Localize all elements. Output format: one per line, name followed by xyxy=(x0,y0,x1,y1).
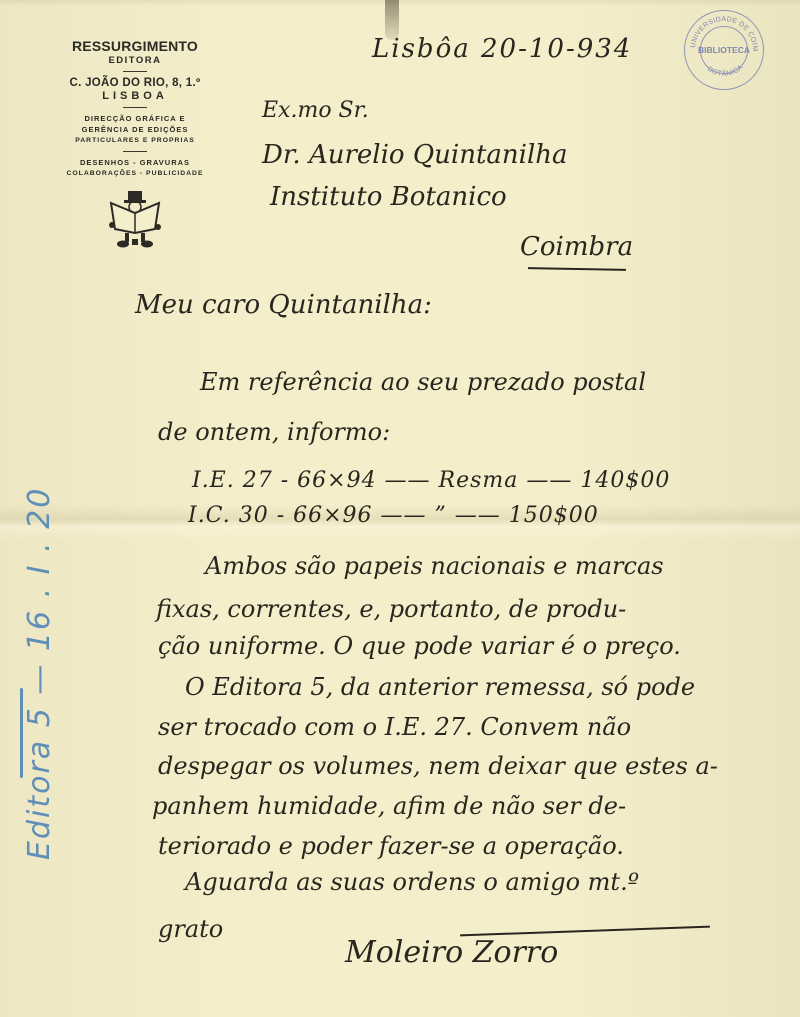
body-line: Ambos são papeis nacionais e marcas xyxy=(205,552,664,580)
body-line: ser trocado com o I.E. 27. Convem não xyxy=(158,713,631,741)
library-stamp: UNIVERSIDADE DE COIMBRA · BOTÂNICA · BIB… xyxy=(684,10,764,90)
service-line: DIRECÇÃO GRÁFICA E xyxy=(40,113,230,124)
man-reading-newspaper-icon xyxy=(105,189,165,249)
body-line: ção uniforme. O que pode variar é o preç… xyxy=(158,632,681,660)
body-line: fixas, correntes, e, portanto, de produ- xyxy=(156,595,626,623)
body-line: despegar os volumes, nem deixar que este… xyxy=(158,752,718,780)
company-type: EDITORA xyxy=(40,55,230,66)
margin-note: Editora 5 — 16 . I . 20 xyxy=(22,487,57,860)
recipient-salutation: Ex.mo Sr. xyxy=(262,98,369,123)
greeting: Meu caro Quintanilha: xyxy=(135,290,432,320)
service-line: PARTICULARES E PROPRIAS xyxy=(40,135,230,146)
body-line: panhem humidade, afim de não ser de- xyxy=(152,792,626,820)
company-city: LISBOA xyxy=(40,90,230,102)
body-line: teriorado e poder fazer-se a operação. xyxy=(158,832,624,860)
service-line: GERÊNCIA DE EDIÇÕES xyxy=(40,124,230,135)
service-line: COLABORAÇÕES - PUBLICIDADE xyxy=(40,168,230,179)
divider xyxy=(123,71,147,72)
price-line: I.C. 30 - 66×96 —— ” —— 150$00 xyxy=(188,503,599,528)
company-address: C. JOÃO DO RIO, 8, 1.º xyxy=(40,77,230,89)
body-line: de ontem, informo: xyxy=(158,418,390,446)
signature: Moleiro Zorro xyxy=(345,935,558,970)
recipient-city: Coimbra xyxy=(520,232,633,262)
divider xyxy=(123,151,147,152)
company-name: RESSURGIMENTO xyxy=(40,38,230,54)
letterhead: RESSURGIMENTO EDITORA C. JOÃO DO RIO, 8,… xyxy=(40,38,230,249)
body-line: O Editora 5, da anterior remessa, só pod… xyxy=(185,673,695,701)
stamp-center: BIBLIOTECA xyxy=(700,26,748,74)
body-line: Em referência ao seu prezado postal xyxy=(200,368,646,396)
closing-line: Aguarda as suas ordens o amigo mt.º xyxy=(185,868,639,896)
closing-line: grato xyxy=(158,915,223,943)
recipient-institution: Instituto Botanico xyxy=(270,182,507,212)
price-line: I.E. 27 - 66×94 —— Resma —— 140$00 xyxy=(192,468,670,493)
recipient-name: Dr. Aurelio Quintanilha xyxy=(262,140,568,170)
divider xyxy=(123,107,147,108)
service-line: DESENHOS - GRAVURAS xyxy=(40,157,230,168)
place-date: Lisbôa 20-10-934 xyxy=(372,34,632,64)
